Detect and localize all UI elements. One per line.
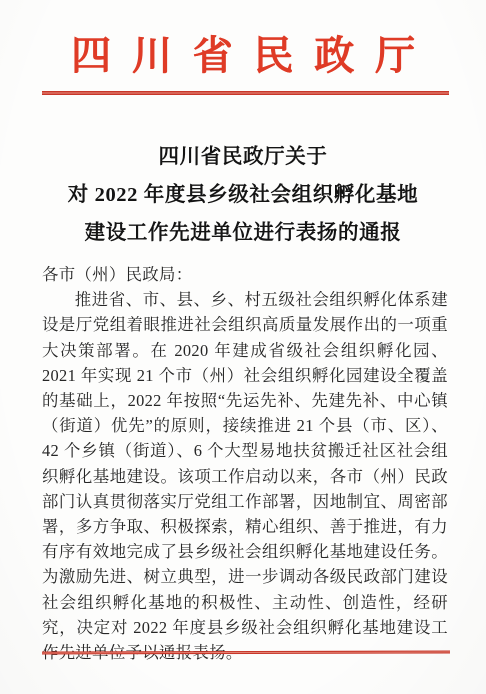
letterhead: 四川省民政厅 <box>0 24 486 81</box>
header-divider <box>42 91 449 95</box>
document-title: 四川省民政厅关于 对 2022 年度县乡级社会组织孵化基地 建设工作先进单位进行… <box>0 138 486 252</box>
agency-name: 四川省民政厅 <box>71 24 436 81</box>
title-line-3: 建设工作先进单位进行表扬的通报 <box>0 214 486 252</box>
document-page: 四川省民政厅 四川省民政厅关于 对 2022 年度县乡级社会组织孵化基地 建设工… <box>0 0 486 694</box>
title-line-1: 四川省民政厅关于 <box>0 138 486 176</box>
document-body: 各市（州）民政局： 推进省、市、县、乡、村五级社会组织孵化体系建设是厅党组着眼推… <box>42 262 448 665</box>
salutation: 各市（州）民政局： <box>42 262 448 287</box>
body-paragraph: 推进省、市、县、乡、村五级社会组织孵化体系建设是厅党组着眼推进社会组织高质量发展… <box>42 287 448 665</box>
title-line-2: 对 2022 年度县乡级社会组织孵化基地 <box>0 176 486 214</box>
header-divider-line <box>42 91 449 95</box>
